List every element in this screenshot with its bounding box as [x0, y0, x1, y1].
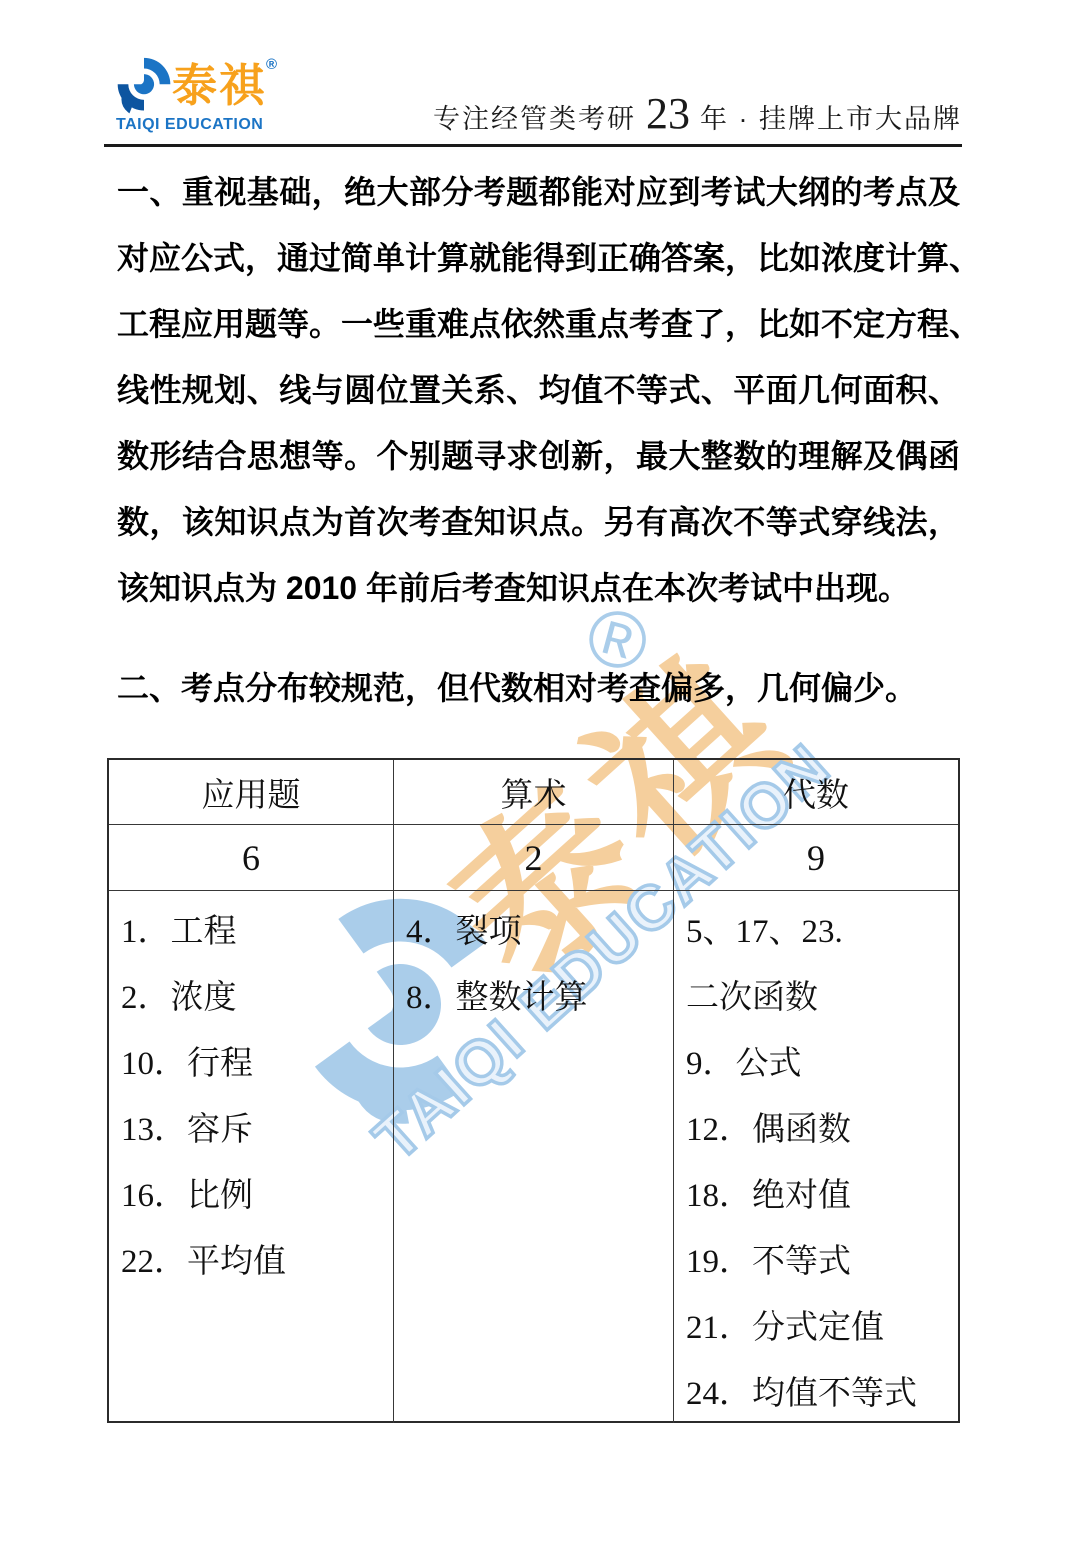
table-item: 二次函数	[686, 961, 954, 1027]
topic-distribution-table: 应用题 6 1．工程 2．浓度 10．行程 13．容斥 16．比例 22．平均值…	[107, 758, 960, 1423]
brand-logo: 泰祺 ® TAIQI EDUCATION	[116, 56, 277, 134]
registered-mark-icon: ®	[266, 56, 277, 74]
brand-logo-row: 泰祺 ®	[116, 56, 277, 118]
table-column-arithmetic: 算术 2 4．裂项 8．整数计算	[394, 760, 674, 1423]
paragraph-line: 该知识点为 2010 年前后考查知识点在本次考试中出现。	[117, 568, 960, 634]
paragraph-line: 线性规划、线与圆位置关系、均值不等式、平面几何面积、	[117, 370, 960, 436]
table-column-algebra: 代数 9 5、17、23. 二次函数 9．公式 12．偶函数 18．绝对值 19…	[674, 760, 958, 1423]
column-header: 应用题	[109, 760, 393, 825]
column-items: 5、17、23. 二次函数 9．公式 12．偶函数 18．绝对值 19．不等式 …	[674, 891, 958, 1423]
table-item: 13．容斥	[121, 1093, 389, 1159]
table-item: 4．裂项	[406, 895, 669, 961]
taiqi-swirl-icon	[116, 56, 172, 118]
table-item: 8．整数计算	[406, 961, 669, 1027]
table-item: 10．行程	[121, 1027, 389, 1093]
header-tagline: 专注经管类考研23年 · 挂牌上市大品牌	[433, 88, 962, 139]
column-count: 6	[109, 825, 393, 891]
tagline-suffix: 年 · 挂牌上市大品牌	[700, 104, 962, 134]
column-header: 代数	[674, 760, 958, 825]
paragraph-line: 工程应用题等。一些重难点依然重点考查了，比如不定方程、	[117, 304, 960, 370]
tagline-prefix: 专注经管类考研	[433, 104, 636, 134]
brand-name-en: TAIQI EDUCATION	[116, 116, 277, 134]
table-item: 1．工程	[121, 895, 389, 961]
table-item: 9．公式	[686, 1027, 954, 1093]
column-count: 2	[394, 825, 673, 891]
paragraph-line: 数，该知识点为首次考查知识点。另有高次不等式穿线法，	[117, 502, 960, 568]
paragraph-line: 数形结合思想等。个别题寻求创新，最大整数的理解及偶函	[117, 436, 960, 502]
table-item: 16．比例	[121, 1159, 389, 1225]
table-item: 12．偶函数	[686, 1093, 954, 1159]
table-item: 19．不等式	[686, 1225, 954, 1291]
table-item: 24．均值不等式	[686, 1357, 954, 1423]
column-count: 9	[674, 825, 958, 891]
table-item: 2．浓度	[121, 961, 389, 1027]
tagline-years-number: 23	[646, 89, 690, 138]
column-items: 4．裂项 8．整数计算	[394, 891, 673, 1423]
table-item: 22．平均值	[121, 1225, 389, 1291]
header-divider	[104, 144, 962, 147]
paragraph-line: 对应公式，通过简单计算就能得到正确答案，比如浓度计算、	[117, 238, 960, 304]
section-2-heading: 二、考点分布较规范，但代数相对考查偏多，几何偏少。	[117, 668, 960, 708]
table-item: 18．绝对值	[686, 1159, 954, 1225]
paragraph-line: 一、重视基础，绝大部分考题都能对应到考试大纲的考点及	[117, 172, 960, 238]
table-item: 21．分式定值	[686, 1291, 954, 1357]
section-1-paragraph: 一、重视基础，绝大部分考题都能对应到考试大纲的考点及 对应公式，通过简单计算就能…	[117, 172, 960, 634]
column-items: 1．工程 2．浓度 10．行程 13．容斥 16．比例 22．平均值	[109, 891, 393, 1423]
brand-name-cn: 泰祺	[172, 56, 266, 116]
table-item: 5、17、23.	[686, 895, 954, 961]
column-header: 算术	[394, 760, 673, 825]
document-page: ® 泰祺 TAIQI EDUCATION 泰祺 ®	[0, 0, 1080, 1560]
table-column-applied-problems: 应用题 6 1．工程 2．浓度 10．行程 13．容斥 16．比例 22．平均值	[109, 760, 394, 1423]
